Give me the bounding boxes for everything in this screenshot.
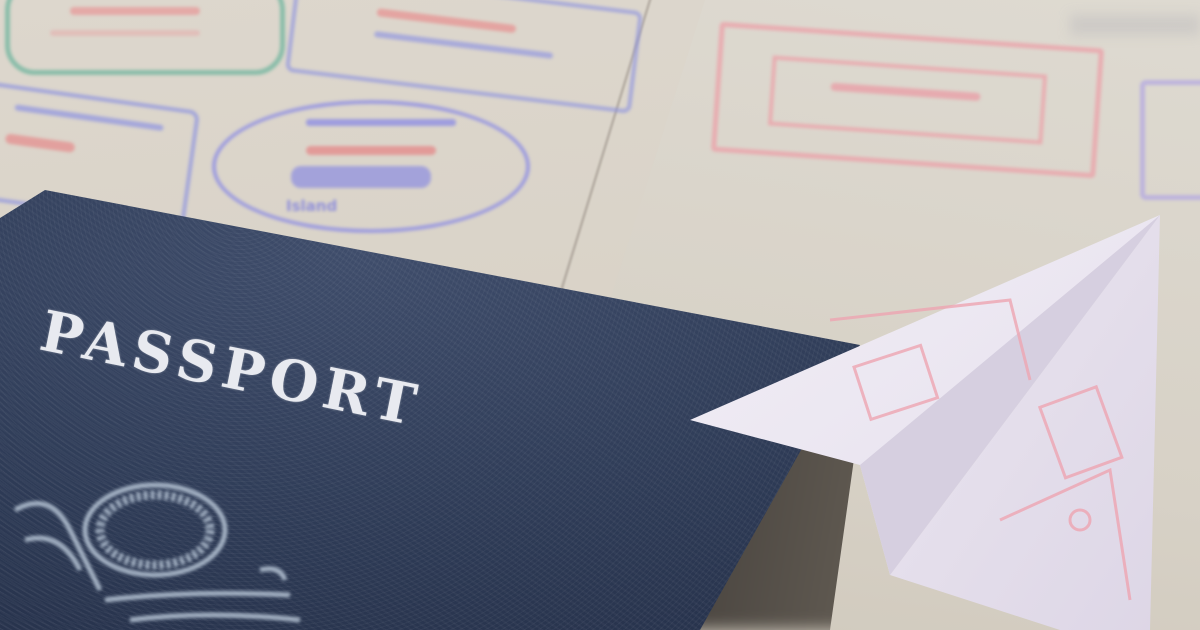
photo-scene: Island PASSPORT [0, 0, 1200, 630]
paper-airplane-icon [0, 0, 1200, 630]
